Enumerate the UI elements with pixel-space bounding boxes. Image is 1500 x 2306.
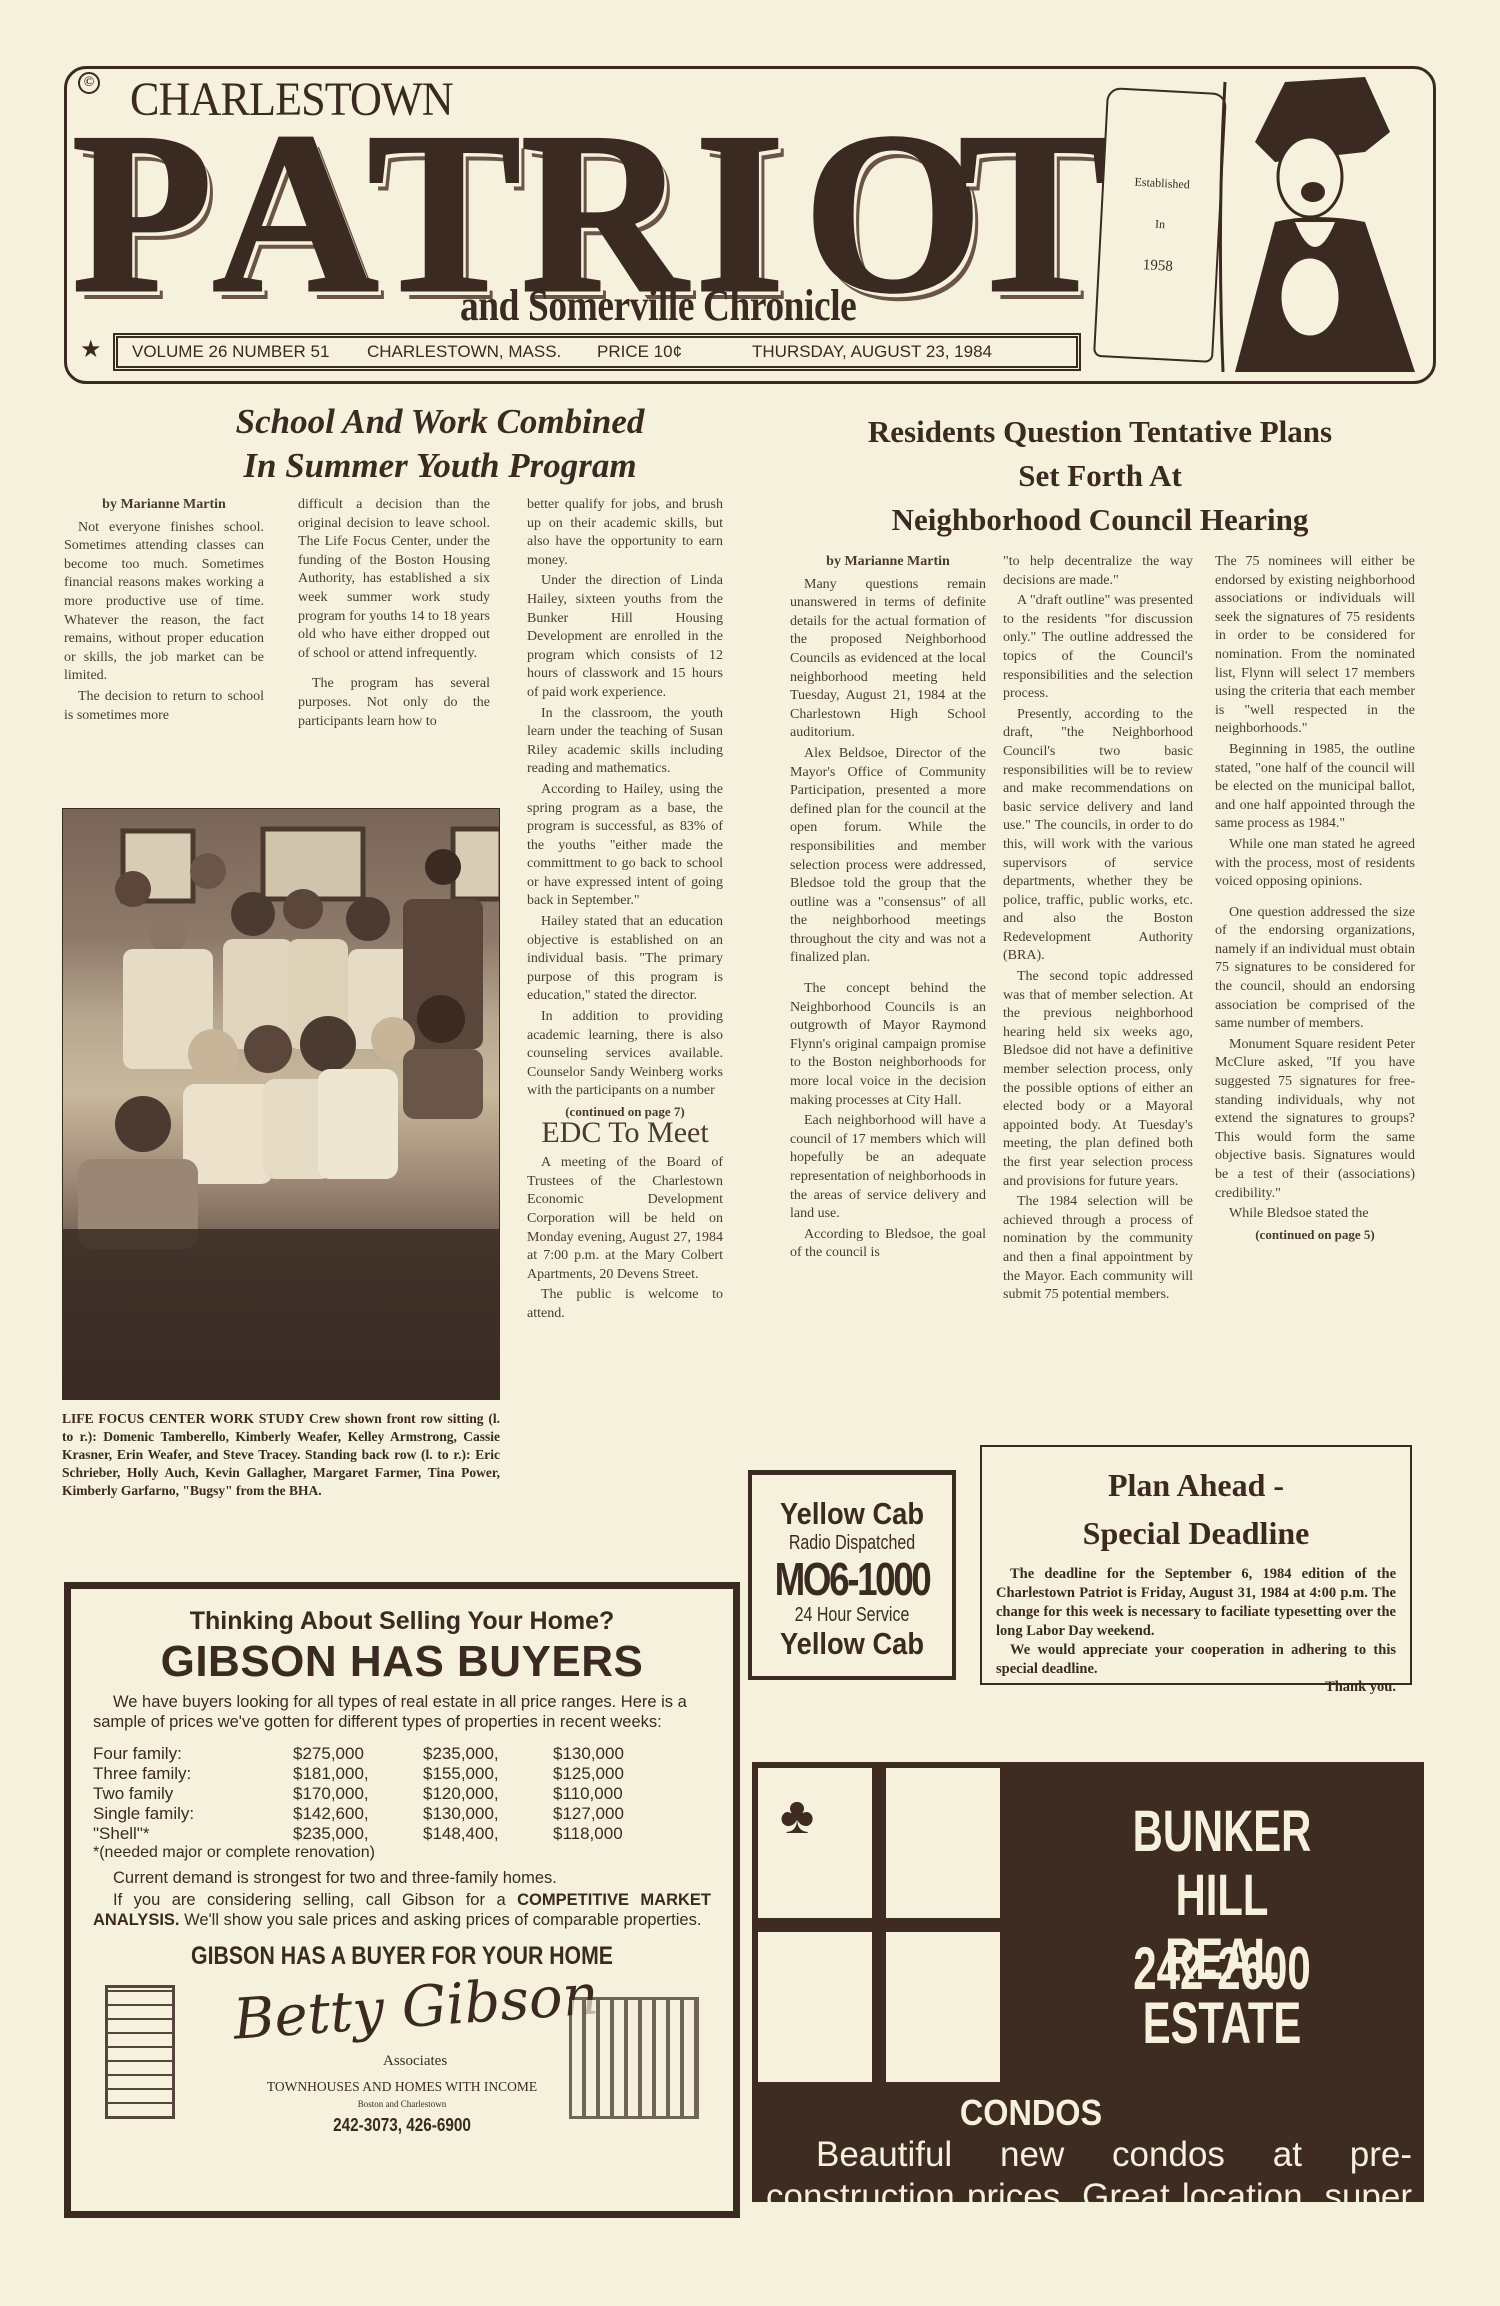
price-value: $235,000, — [293, 1824, 423, 1844]
property-type: Two family — [93, 1784, 293, 1804]
volume-number: VOLUME 26 NUMBER 51 — [132, 342, 367, 362]
title-letter: A — [213, 118, 368, 318]
price-row: Four family: $275,000 $235,000, $130,000 — [93, 1744, 711, 1764]
ad-cta: If you are considering selling, call Gib… — [93, 1890, 711, 1930]
youth-article-col3: better qualify for jobs, and brush up on… — [527, 496, 723, 1324]
scroll-line: In — [1155, 216, 1166, 232]
price-value: $125,000 — [553, 1764, 683, 1784]
council-article-col1: by Marianne Martin Many questions remain… — [790, 553, 986, 1263]
paragraph: better qualify for jobs, and brush up on… — [527, 496, 723, 570]
council-article-col3: The 75 nominees will either be endorsed … — [1215, 553, 1415, 1244]
property-type: Single family: — [93, 1804, 293, 1824]
cab-name: Yellow Cab — [764, 1627, 940, 1661]
price-value: $130,000 — [553, 1744, 683, 1764]
paragraph: The concept behind the Neighborhood Coun… — [790, 980, 986, 1110]
ad-question: Thinking About Selling Your Home? — [93, 1607, 711, 1636]
paragraph: Under the direction of Linda Hailey, six… — [527, 572, 723, 702]
paragraph: The public is welcome to attend. — [527, 1286, 723, 1323]
continued-note: (continued on page 5) — [1215, 1226, 1415, 1245]
price-row: Three family: $181,000, $155,000, $125,0… — [93, 1764, 711, 1784]
cta-text: If you are considering selling, call Gib… — [113, 1891, 517, 1909]
price-value: $142,600, — [293, 1804, 423, 1824]
paragraph: Hailey stated that an education objectiv… — [527, 913, 723, 1006]
cab-tagline: Radio Dispatched — [772, 1531, 932, 1555]
paragraph: While Bledsoe stated the — [1215, 1205, 1415, 1224]
edc-headline: EDC To Meet — [527, 1124, 723, 1143]
paragraph: The decision to return to school is some… — [64, 688, 264, 725]
price-value: $155,000, — [423, 1764, 553, 1784]
work-study-crew-photo — [62, 808, 500, 1400]
council-article-col2: "to help decentralize the way decisions … — [1003, 553, 1193, 1305]
ad-headline: GIBSON HAS BUYERS — [93, 1636, 711, 1688]
price-value: $235,000, — [423, 1744, 553, 1764]
ad-demand: Current demand is strongest for two and … — [93, 1868, 711, 1888]
masthead-info-bar: VOLUME 26 NUMBER 51 CHARLESTOWN, MASS. P… — [113, 333, 1081, 371]
ad-intro: We have buyers looking for all types of … — [93, 1692, 711, 1732]
paragraph: Many questions remain unanswered in term… — [790, 576, 986, 743]
paragraph: "to help decentralize the way decisions … — [1003, 553, 1193, 590]
price-table: Four family: $275,000 $235,000, $130,000… — [93, 1744, 711, 1844]
masthead-subtitle: and Somerville Chronicle — [460, 280, 856, 331]
paragraph: A "draft outline" was presented to the r… — [1003, 592, 1193, 704]
notice-title: Plan Ahead - — [996, 1461, 1396, 1509]
byline: by Marianne Martin — [790, 553, 986, 572]
paragraph: While one man stated he agreed with the … — [1215, 836, 1415, 892]
window-pane — [758, 1932, 872, 2082]
property-type: "Shell"* — [93, 1824, 293, 1844]
bunker-body: Beautiful new condos at pre-construction… — [766, 2134, 1412, 2260]
bunker-condos-label: CONDOS — [960, 2092, 1102, 2134]
byline: by Marianne Martin — [64, 496, 264, 515]
bunker-phone: 242-2600 — [1089, 1934, 1355, 2003]
bunker-title: BUNKER HILL REAL ESTATE — [1085, 1800, 1359, 2056]
gibson-real-estate-ad: Thinking About Selling Your Home? GIBSON… — [64, 1582, 740, 2218]
property-type: Three family: — [93, 1764, 293, 1784]
price-value: $170,000, — [293, 1784, 423, 1804]
star-icon: ★ — [80, 335, 102, 364]
paragraph: The second topic addressed was that of m… — [1003, 968, 1193, 1191]
youth-article-col1: by Marianne Martin Not everyone finishes… — [64, 496, 264, 725]
headline-line: In Summer Youth Program — [90, 444, 790, 488]
paragraph: Beginning in 1985, the outline stated, "… — [1215, 741, 1415, 834]
window-pane — [886, 1932, 1000, 2082]
paragraph: In addition to providing academic learni… — [527, 1008, 723, 1101]
paragraph: Alex Beldsoe, Director of the Mayor's Of… — [790, 745, 986, 968]
price-value: $110,000 — [553, 1784, 683, 1804]
paragraph: Monument Square resident Peter McClure a… — [1215, 1036, 1415, 1203]
notice-body: The deadline for the September 6, 1984 e… — [996, 1565, 1396, 1641]
paragraph: Not everyone finishes school. Sometimes … — [64, 519, 264, 686]
paragraph: According to Bledsoe, the goal of the co… — [790, 1226, 986, 1263]
paragraph: According to Hailey, using the spring pr… — [527, 781, 723, 911]
paragraph: In the classroom, the youth learn under … — [527, 705, 723, 779]
price-row: Two family $170,000, $120,000, $110,000 — [93, 1784, 711, 1804]
price-value: $120,000, — [423, 1784, 553, 1804]
bunker-hill-real-estate-ad: ♣ BUNKER HILL REAL ESTATE 242-2600 CONDO… — [752, 1762, 1424, 2202]
scroll-line: Established — [1134, 174, 1190, 192]
paragraph: Each neighborhood will have a council of… — [790, 1112, 986, 1224]
youth-article-headline: School And Work Combined In Summer Youth… — [90, 400, 790, 488]
paragraph: The program has several purposes. Not on… — [298, 675, 490, 731]
cab-phone: MO6-1000 — [772, 1555, 932, 1603]
location: CHARLESTOWN, MASS. — [367, 342, 597, 362]
price-footnote: *(needed major or complete renovation) — [93, 1844, 711, 1862]
title-line: BUNKER HILL — [1085, 1800, 1359, 1928]
council-article-headline: Residents Question Tentative Plans Set F… — [790, 410, 1410, 542]
price-row: Single family: $142,600, $130,000, $127,… — [93, 1804, 711, 1824]
paragraph: Presently, according to the draft, "the … — [1003, 706, 1193, 966]
cab-service: 24 Hour Service — [772, 1603, 932, 1627]
youth-article-col2: difficult a decision than the original d… — [298, 496, 490, 731]
headline-line: School And Work Combined — [90, 400, 790, 444]
paragraph: difficult a decision than the original d… — [298, 496, 490, 663]
price-value: $275,000 — [293, 1744, 423, 1764]
yellow-cab-ad: Yellow Cab Radio Dispatched MO6-1000 24 … — [748, 1470, 956, 1680]
window-pane — [758, 1768, 872, 1918]
title-letter: P — [72, 118, 213, 318]
notice-signoff: Thank you. — [996, 1679, 1396, 1696]
paragraph: One question addressed the size of the e… — [1215, 904, 1415, 1034]
title-letter: T — [959, 118, 1112, 318]
cta-text: We'll show you sale prices and asking pr… — [180, 1911, 702, 1929]
established-scroll: Established In 1958 — [1093, 87, 1227, 363]
notice-body: We would appreciate your cooperation in … — [996, 1641, 1396, 1679]
scroll-line: 1958 — [1142, 257, 1173, 276]
window-pane — [886, 1768, 1000, 1918]
special-deadline-notice: Plan Ahead - Special Deadline The deadli… — [980, 1445, 1412, 1685]
price-row: "Shell"* $235,000, $148,400, $118,000 — [93, 1824, 711, 1844]
notice-title: Special Deadline — [996, 1509, 1396, 1557]
paragraph: The 75 nominees will either be endorsed … — [1215, 553, 1415, 739]
headline-line: Neighborhood Council Hearing — [790, 498, 1410, 542]
headline-line: Set Forth At — [790, 454, 1410, 498]
photo-icon — [63, 809, 500, 1400]
photo-caption: LIFE FOCUS CENTER WORK STUDY Crew shown … — [62, 1410, 500, 1500]
price-value: $118,000 — [553, 1824, 683, 1844]
price-value: $181,000, — [293, 1764, 423, 1784]
property-type: Four family: — [93, 1744, 293, 1764]
price: PRICE 10¢ — [597, 342, 752, 362]
paragraph: A meeting of the Board of Trustees of th… — [527, 1154, 723, 1284]
pine-tree-icon: ♣ — [780, 1790, 814, 1842]
signature-row: Betty Gibson Associates TOWNHOUSES AND H… — [93, 1975, 711, 2145]
cab-name: Yellow Cab — [764, 1497, 940, 1531]
signature: Betty Gibson — [231, 1962, 600, 2052]
issue-date: THURSDAY, AUGUST 23, 1984 — [752, 342, 992, 362]
price-value: $127,000 — [553, 1804, 683, 1824]
price-value: $148,400, — [423, 1824, 553, 1844]
paragraph: The 1984 selection will be achieved thro… — [1003, 1193, 1193, 1305]
associates-label: Associates — [383, 2053, 447, 2070]
building-drawing-icon — [569, 1997, 699, 2119]
headline-line: Residents Question Tentative Plans — [790, 410, 1410, 454]
patriot-illustration-icon — [1215, 72, 1425, 377]
price-value: $130,000, — [423, 1804, 553, 1824]
